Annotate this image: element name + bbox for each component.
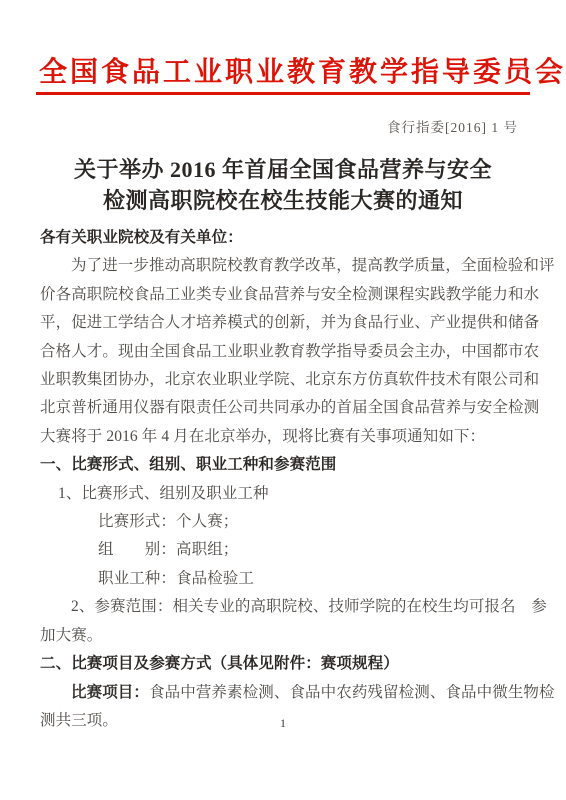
document-title: 关于举办 2016 年首届全国食品营养与安全 检测高职院校在校生技能大赛的通知 bbox=[0, 154, 566, 216]
body-line: 各有关职业院校及有关单位： bbox=[40, 224, 540, 252]
body-line: 平，促进工学结合人才培养模式的创新，并为食品行业、产业提供和储备 bbox=[40, 309, 540, 337]
notice-document-page: 全国食品工业职业教育教学指导委员会 食行指委[2016] 1 号 关于举办 20… bbox=[0, 0, 566, 800]
body-line: 一、比赛形式、组别、职业工种和参赛范围 bbox=[40, 451, 540, 479]
issuing-org-header: 全国食品工业职业教育教学指导委员会 bbox=[36, 56, 530, 95]
body-line: 价各高职院校食品工业类专业食品营养与安全检测课程实践教学能力和水 bbox=[40, 281, 540, 309]
body-line: 比赛形式：个人赛； bbox=[40, 508, 540, 536]
body-line: 合格人才。现由全国食品工业职业教育教学指导委员会主办，中国都市农 bbox=[40, 338, 540, 366]
body-line: 北京普析通用仪器有限责任公司共同承办的首届全国食品营养与安全检测 bbox=[40, 394, 540, 422]
body-line: 为了进一步推动高职院校教育教学改革，提高教学质量，全面检验和评 bbox=[40, 252, 540, 280]
document-body: 各有关职业院校及有关单位：为了进一步推动高职院校教育教学改革，提高教学质量，全面… bbox=[40, 224, 540, 735]
page-number: 1 bbox=[0, 716, 566, 731]
body-line-lead: 比赛项目： bbox=[71, 684, 149, 701]
body-line: 加大赛。 bbox=[40, 622, 540, 650]
body-line: 组 别：高职组； bbox=[40, 536, 540, 564]
body-line: 大赛将于 2016 年 4 月在北京举办，现将比赛有关事项通知如下： bbox=[40, 423, 540, 451]
document-title-line2: 检测高职院校在校生技能大赛的通知 bbox=[0, 185, 566, 216]
body-line: 2、参赛范围：相关专业的高职院校、技师学院的在校生均可报名 参 bbox=[40, 593, 540, 621]
body-line: 比赛项目：食品中营养素检测、食品中农药残留检测、食品中微生物检 bbox=[40, 679, 540, 707]
document-reference-number: 食行指委[2016] 1 号 bbox=[0, 116, 566, 136]
body-line: 二、比赛项目及参赛方式（具体见附件：赛项规程） bbox=[40, 650, 540, 678]
body-line: 业职教集团协办，北京农业职业学院、北京东方仿真软件技术有限公司和 bbox=[40, 366, 540, 394]
body-line: 1、比赛形式、组别及职业工种 bbox=[40, 480, 540, 508]
body-line: 职业工种：食品检验工 bbox=[40, 565, 540, 593]
document-title-line1: 关于举办 2016 年首届全国食品营养与安全 bbox=[0, 154, 566, 185]
